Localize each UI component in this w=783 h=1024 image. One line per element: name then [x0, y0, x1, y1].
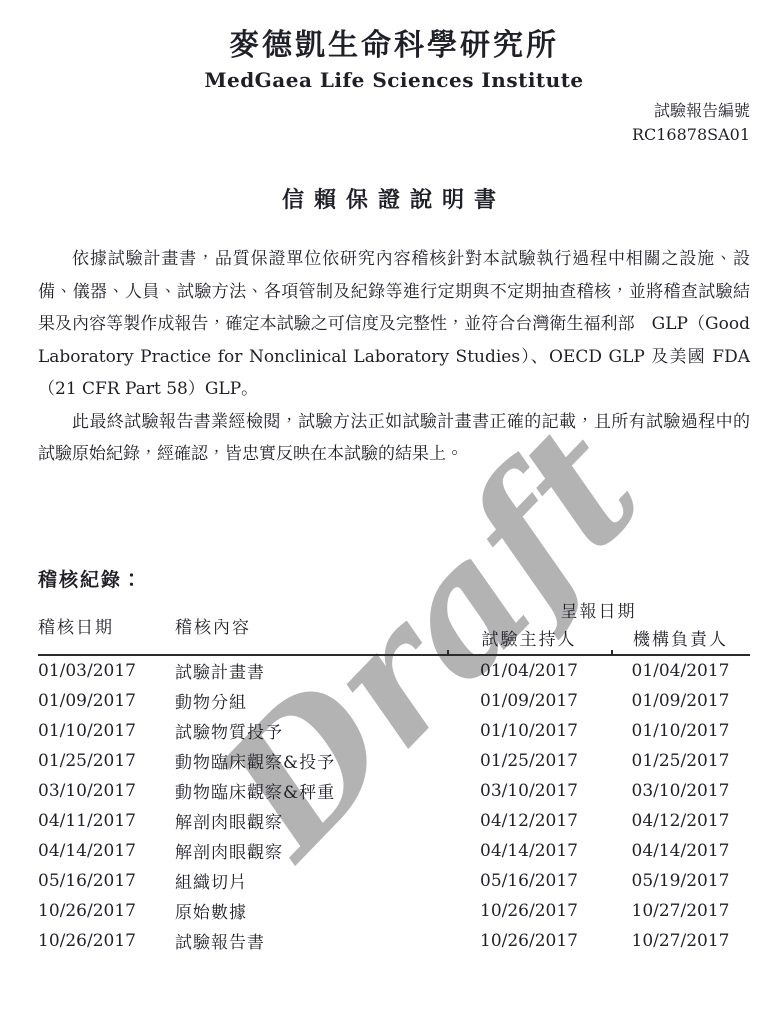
director-report-date-cell: 10/26/2017: [447, 896, 611, 926]
director-report-date-cell: 10/26/2017: [447, 926, 611, 956]
manager-report-date-cell: 04/14/2017: [611, 836, 750, 866]
manager-report-date-cell: 04/12/2017: [611, 806, 750, 836]
organization-header: 麥德凱生命科學研究所 MedGaea Life Sciences Institu…: [38, 0, 750, 93]
audit-table-row: 03/10/2017 動物臨床觀察&秤重 03/10/2017 03/10/20…: [38, 776, 750, 806]
report-number-value: RC16878SA01: [38, 123, 750, 147]
audit-date-cell: 04/11/2017: [38, 806, 175, 836]
manager-report-date-cell: 03/10/2017: [611, 776, 750, 806]
column-header-audit-content: 稽核內容: [175, 597, 447, 655]
audit-table-row: 01/03/2017 試驗計畫書 01/04/2017 01/04/2017: [38, 655, 750, 686]
audit-content-cell: 試驗計畫書: [175, 655, 447, 686]
manager-report-date-cell: 01/25/2017: [611, 746, 750, 776]
audit-date-cell: 10/26/2017: [38, 896, 175, 926]
statement-paragraph-2: 此最終試驗報告書業經檢閱，試驗方法正如試驗計畫書正確的記載，且所有試驗過程中的試…: [38, 406, 750, 471]
director-report-date-cell: 04/14/2017: [447, 836, 611, 866]
audit-table-body: 01/03/2017 試驗計畫書 01/04/2017 01/04/2017 0…: [38, 655, 750, 956]
manager-report-date-cell: 05/19/2017: [611, 866, 750, 896]
audit-table-header: 稽核日期 稽核內容 呈報日期 試驗主持人 機構負責人: [38, 597, 750, 655]
audit-table-row: 04/11/2017 解剖肉眼觀察 04/12/2017 04/12/2017: [38, 806, 750, 836]
director-report-date-cell: 01/10/2017: [447, 716, 611, 746]
audit-table-row: 01/25/2017 動物臨床觀察&投予 01/25/2017 01/25/20…: [38, 746, 750, 776]
statement-paragraph-1: 依據試驗計畫書，品質保證單位依研究內容稽核針對本試驗執行過程中相關之設施、設備、…: [38, 243, 750, 406]
document-page: Draft 麥德凱生命科學研究所 MedGaea Life Sciences I…: [0, 0, 783, 1024]
column-header-facility-manager: 機構負責人: [611, 622, 750, 655]
audit-date-cell: 03/10/2017: [38, 776, 175, 806]
column-header-report-date-group: 呈報日期: [447, 597, 750, 622]
audit-content-cell: 解剖肉眼觀察: [175, 806, 447, 836]
document-content: 麥德凱生命科學研究所 MedGaea Life Sciences Institu…: [0, 0, 783, 956]
audit-content-cell: 解剖肉眼觀察: [175, 836, 447, 866]
audit-records-table: 稽核日期 稽核內容 呈報日期 試驗主持人 機構負責人 01/03/2017 試驗…: [38, 597, 750, 956]
organization-name-zh: 麥德凱生命科學研究所: [38, 26, 750, 66]
report-number-label: 試驗報告編號: [38, 99, 750, 123]
audit-date-cell: 01/09/2017: [38, 686, 175, 716]
audit-date-cell: 01/03/2017: [38, 655, 175, 686]
audit-table-row: 10/26/2017 試驗報告書 10/26/2017 10/27/2017: [38, 926, 750, 956]
director-report-date-cell: 05/16/2017: [447, 866, 611, 896]
audit-content-cell: 試驗報告書: [175, 926, 447, 956]
audit-table-row: 05/16/2017 組織切片 05/16/2017 05/19/2017: [38, 866, 750, 896]
manager-report-date-cell: 10/27/2017: [611, 926, 750, 956]
director-report-date-cell: 01/09/2017: [447, 686, 611, 716]
audit-table-row: 01/10/2017 試驗物質投予 01/10/2017 01/10/2017: [38, 716, 750, 746]
audit-table-row: 01/09/2017 動物分組 01/09/2017 01/09/2017: [38, 686, 750, 716]
audit-date-cell: 10/26/2017: [38, 926, 175, 956]
document-title: 信賴保證說明書: [38, 185, 750, 215]
director-report-date-cell: 04/12/2017: [447, 806, 611, 836]
audit-content-cell: 動物臨床觀察&投予: [175, 746, 447, 776]
column-header-study-director: 試驗主持人: [447, 622, 611, 655]
manager-report-date-cell: 10/27/2017: [611, 896, 750, 926]
audit-content-cell: 試驗物質投予: [175, 716, 447, 746]
audit-content-cell: 動物臨床觀察&秤重: [175, 776, 447, 806]
director-report-date-cell: 01/04/2017: [447, 655, 611, 686]
audit-table-row: 10/26/2017 原始數據 10/26/2017 10/27/2017: [38, 896, 750, 926]
audit-table-row: 04/14/2017 解剖肉眼觀察 04/14/2017 04/14/2017: [38, 836, 750, 866]
manager-report-date-cell: 01/04/2017: [611, 655, 750, 686]
audit-records-section: 稽核紀錄： 稽核日期 稽核內容 呈報日期 試驗主持人 機構負責人: [38, 567, 750, 956]
audit-records-title: 稽核紀錄：: [38, 567, 750, 593]
audit-content-cell: 組織切片: [175, 866, 447, 896]
manager-report-date-cell: 01/09/2017: [611, 686, 750, 716]
audit-date-cell: 04/14/2017: [38, 836, 175, 866]
audit-content-cell: 原始數據: [175, 896, 447, 926]
report-number-block: 試驗報告編號 RC16878SA01: [38, 99, 750, 147]
audit-date-cell: 01/25/2017: [38, 746, 175, 776]
statement-body: 依據試驗計畫書，品質保證單位依研究內容稽核針對本試驗執行過程中相關之設施、設備、…: [38, 243, 750, 471]
column-header-audit-date: 稽核日期: [38, 597, 175, 655]
organization-name-en: MedGaea Life Sciences Institute: [38, 67, 750, 93]
director-report-date-cell: 03/10/2017: [447, 776, 611, 806]
audit-date-cell: 01/10/2017: [38, 716, 175, 746]
audit-content-cell: 動物分組: [175, 686, 447, 716]
manager-report-date-cell: 01/10/2017: [611, 716, 750, 746]
audit-date-cell: 05/16/2017: [38, 866, 175, 896]
director-report-date-cell: 01/25/2017: [447, 746, 611, 776]
